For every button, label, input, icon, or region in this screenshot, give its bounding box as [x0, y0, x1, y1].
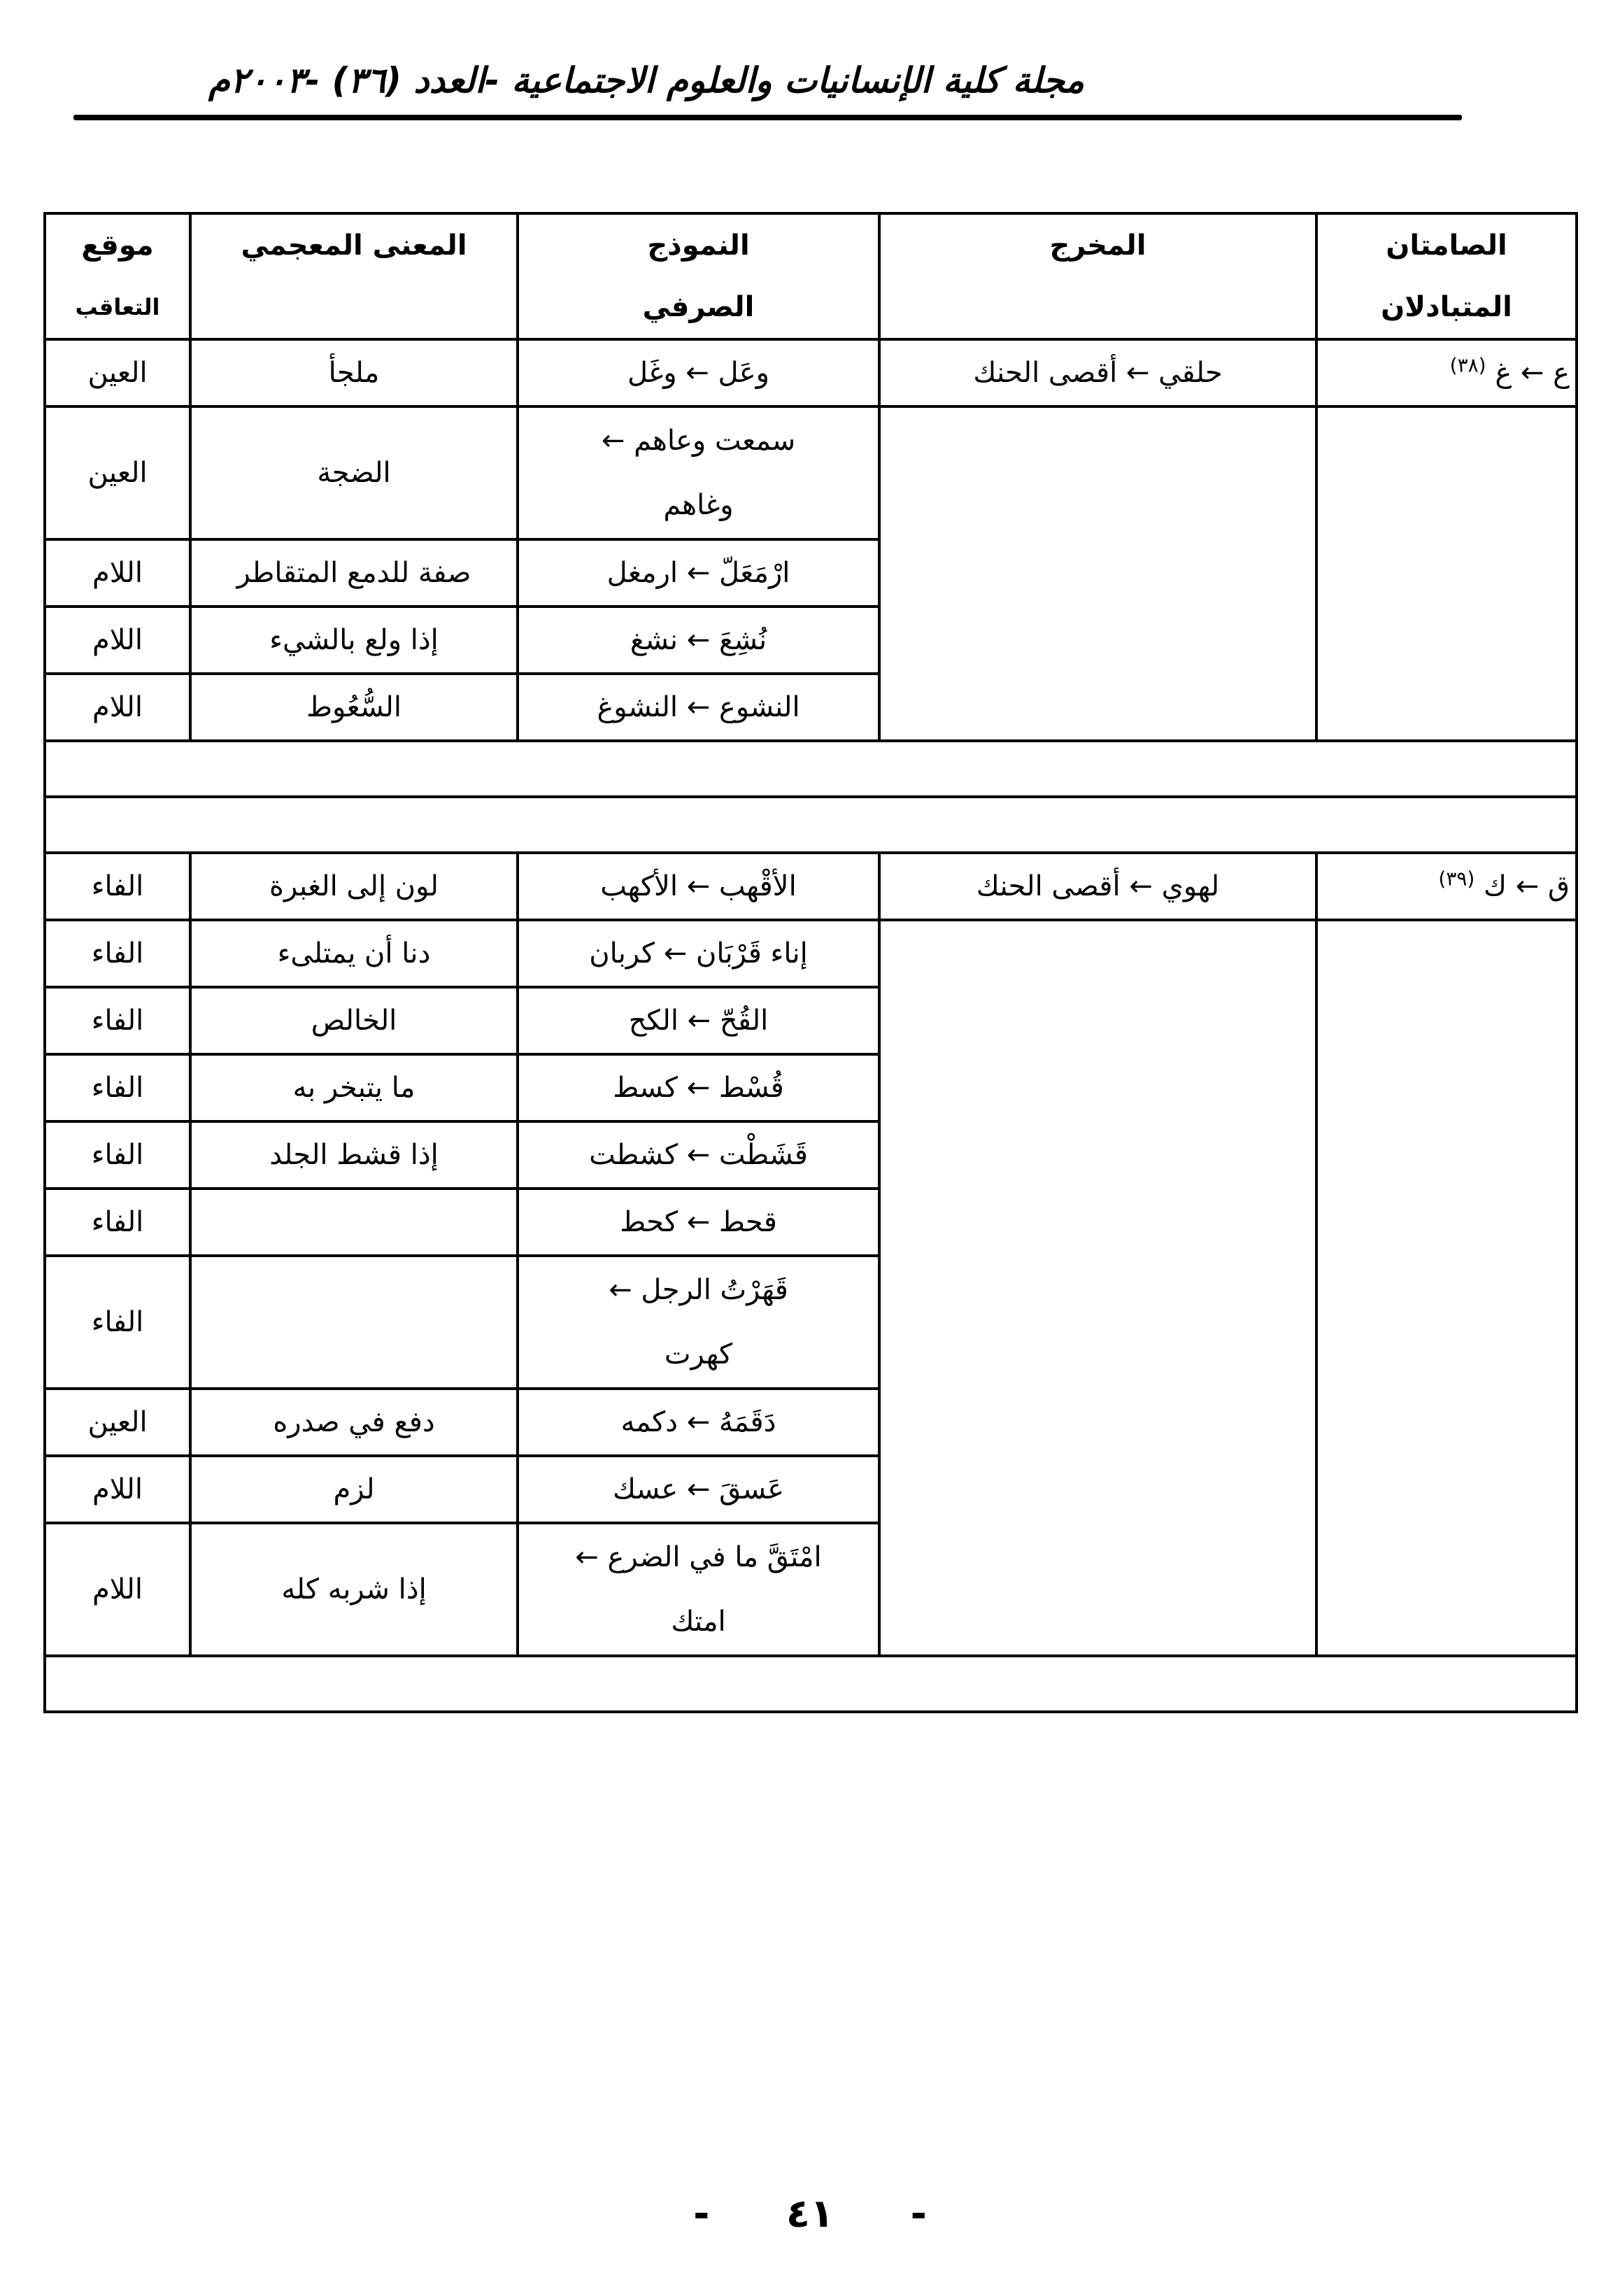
header-text: المتبادلان [1323, 276, 1570, 338]
model-cell: عَسقَ ← عسك [518, 1456, 879, 1523]
header-text: الصرفي [525, 276, 872, 338]
position-cell: الفاء [45, 853, 190, 920]
position-cell: الفاء [45, 1054, 190, 1121]
model-cell: القُحّ ← الكح [518, 987, 879, 1054]
page-dash: - [911, 2186, 927, 2242]
position-cell: الفاء [45, 1121, 190, 1189]
model-cell: وعَل ← وغَل [518, 339, 879, 406]
table-row: ق ← ك (٣٩) لهوي ← أقصى الحنك الأقْهب ← ا… [45, 853, 1577, 920]
column-header-position: موقع التعاقب [45, 213, 190, 339]
model-cell: النشوع ← النشوغ [518, 674, 879, 741]
meaning-cell: إذا قشط الجلد [190, 1121, 518, 1189]
model-cell: امْتَقَّ ما في الضرع ← امتك [518, 1523, 879, 1656]
empty-cell [45, 741, 1577, 797]
position-cell: الفاء [45, 987, 190, 1054]
spacer-row [45, 797, 1577, 853]
column-header-morph-model: النموذج الصرفي [518, 213, 879, 339]
meaning-cell: إذا شربه كله [190, 1523, 518, 1656]
meaning-cell: لون إلى الغبرة [190, 853, 518, 920]
footnote-ref: (٣٩) [1438, 867, 1475, 891]
header-text: النموذج [525, 215, 872, 276]
meaning-cell: إذا ولع بالشيء [190, 607, 518, 674]
meaning-cell: ما يتبخر به [190, 1054, 518, 1121]
table-row: ع ← غ (٣٨) حلقي ← أقصى الحنك وعَل ← وغَل… [45, 339, 1577, 406]
model-line: كهرت [525, 1322, 872, 1387]
model-cell: نُشِعَ ← نشغ [518, 607, 879, 674]
model-cell: ارْمَعَلّ ← ارمغل [518, 539, 879, 607]
journal-header-title: مجلة كلية الإنسانيات والعلوم الاجتماعية … [70, 49, 1084, 112]
header-divider [73, 115, 1462, 120]
model-cell: قحط ← كحط [518, 1189, 879, 1256]
model-line: امْتَقَّ ما في الضرع ← [525, 1525, 872, 1589]
header-text: المخرج [886, 215, 1309, 276]
model-cell: الأقْهب ← الأكهب [518, 853, 879, 920]
meaning-cell: صفة للدمع المتقاطر [190, 539, 518, 607]
consonant-pair-cell-empty [1316, 406, 1577, 741]
meaning-cell: الضجة [190, 406, 518, 539]
consonant-pair-cell-empty [1316, 920, 1577, 1656]
articulation-cell-empty [879, 920, 1316, 1656]
column-header-lexical-meaning: المعنى المعجمي [190, 213, 518, 339]
spacer-row [45, 1656, 1577, 1712]
articulation-cell-empty [879, 406, 1316, 741]
position-cell: اللام [45, 1456, 190, 1523]
meaning-cell: ملجأ [190, 339, 518, 406]
column-header-consonants: الصامتان المتبادلان [1316, 213, 1577, 339]
meaning-cell [190, 1256, 518, 1389]
meaning-cell: السُّعُوط [190, 674, 518, 741]
articulation-cell: لهوي ← أقصى الحنك [879, 853, 1316, 920]
position-cell: العين [45, 339, 190, 406]
model-line: سمعت وعاهم ← [525, 409, 872, 473]
position-cell: اللام [45, 674, 190, 741]
model-cell: قَشَطْت ← كشطت [518, 1121, 879, 1189]
position-cell: اللام [45, 539, 190, 607]
position-cell: الفاء [45, 920, 190, 987]
header-text: التعاقب [52, 276, 183, 338]
model-cell: دَقَمَهُ ← دكمه [518, 1389, 879, 1456]
header-text: المعنى المعجمي [197, 215, 511, 276]
model-cell: قَهَرْتُ الرجل ← كهرت [518, 1256, 879, 1389]
footnote-ref: (٣٨) [1450, 354, 1486, 377]
empty-cell [45, 1656, 1577, 1712]
meaning-cell [190, 1189, 518, 1256]
position-cell: اللام [45, 607, 190, 674]
model-cell: سمعت وعاهم ← وغاهم [518, 406, 879, 539]
page-dash: - [693, 2186, 709, 2242]
consonant-pair: ع ← غ [1495, 357, 1570, 389]
model-cell: إناء قَرْبَان ← كربان [518, 920, 879, 987]
model-line: وغاهم [525, 473, 872, 537]
position-cell: العين [45, 406, 190, 539]
header-text: الصامتان [1323, 215, 1570, 276]
meaning-cell: لزم [190, 1456, 518, 1523]
empty-cell [45, 797, 1577, 853]
consonant-alternation-table: الصامتان المتبادلان المخرج النموذج الصرف… [43, 212, 1575, 1713]
page-footer: - ٤١ - [0, 2186, 1620, 2242]
consonant-pair: ق ← ك [1484, 870, 1570, 902]
position-cell: الفاء [45, 1256, 190, 1389]
position-cell: العين [45, 1389, 190, 1456]
model-line: امتك [525, 1589, 872, 1654]
header-text: موقع [52, 215, 183, 276]
table-row: إناء قَرْبَان ← كربان دنا أن يمتلىء الفا… [45, 920, 1577, 987]
articulation-cell: حلقي ← أقصى الحنك [879, 339, 1316, 406]
column-header-articulation: المخرج [879, 213, 1316, 339]
page-number: ٤١ [786, 2186, 834, 2242]
consonant-pair-cell: ع ← غ (٣٨) [1316, 339, 1577, 406]
position-cell: اللام [45, 1523, 190, 1656]
meaning-cell: دنا أن يمتلىء [190, 920, 518, 987]
meaning-cell: دفع في صدره [190, 1389, 518, 1456]
model-cell: قُسْط ← كسط [518, 1054, 879, 1121]
meaning-cell: الخالص [190, 987, 518, 1054]
spacer-row [45, 741, 1577, 797]
consonant-pair-cell: ق ← ك (٣٩) [1316, 853, 1577, 920]
table-row: سمعت وعاهم ← وغاهم الضجة العين [45, 406, 1577, 539]
model-line: قَهَرْتُ الرجل ← [525, 1258, 872, 1322]
position-cell: الفاء [45, 1189, 190, 1256]
